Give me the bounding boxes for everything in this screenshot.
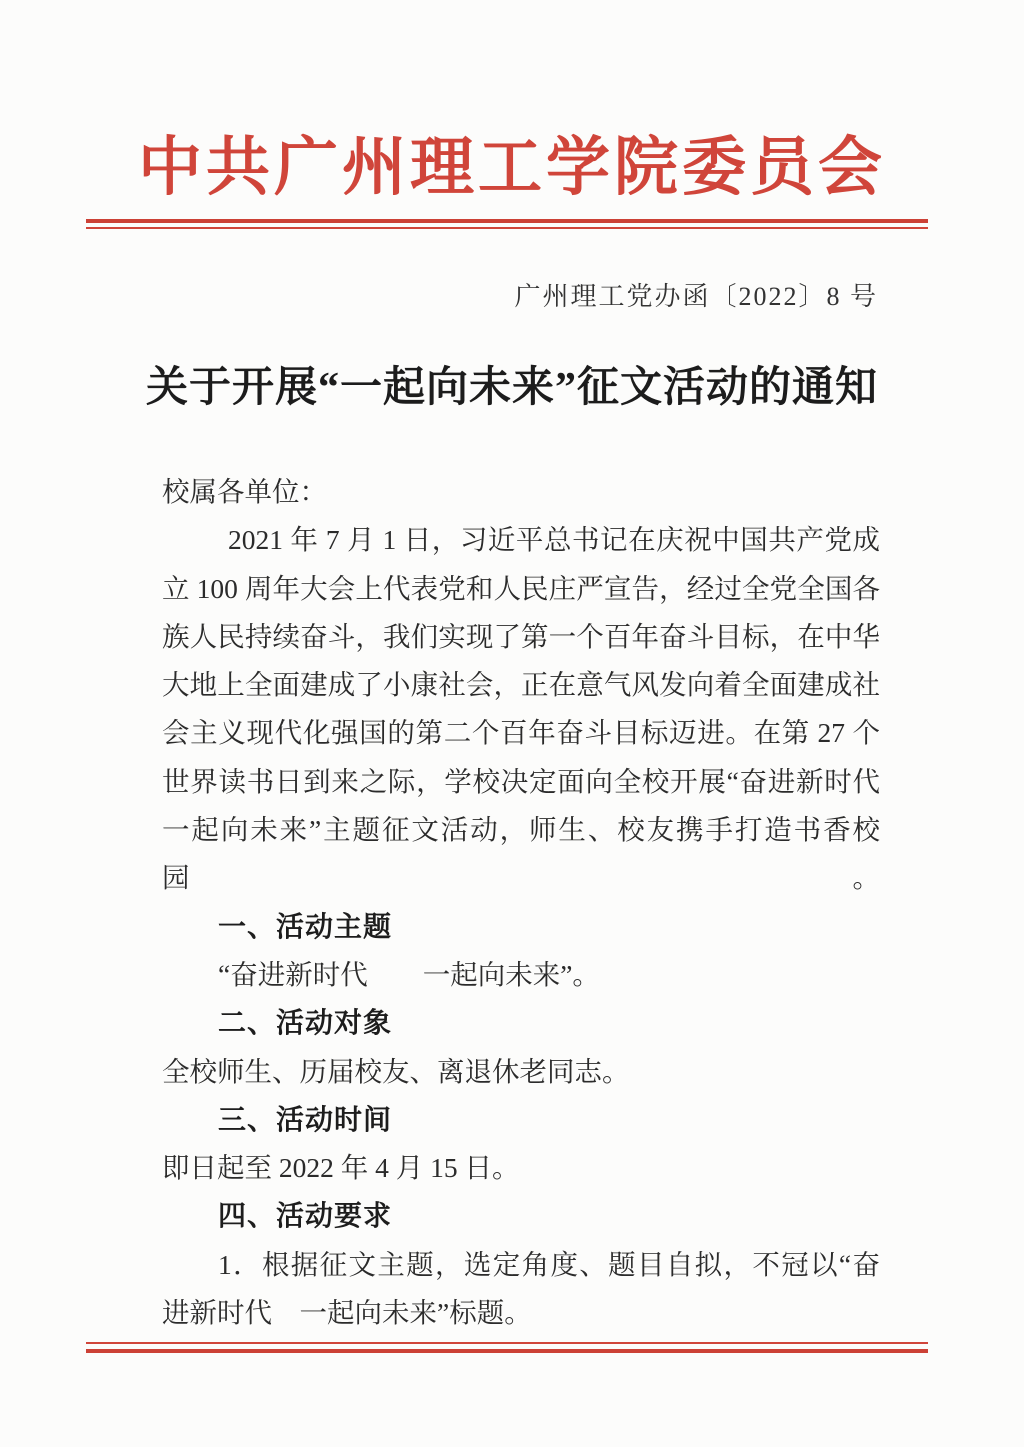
- body-line: 立 100 周年大会上代表党和人民庄严宣告，经过全党全国各: [162, 565, 880, 613]
- section-heading: 一、活动主题: [162, 903, 880, 951]
- body-line: 即日起至 2022 年 4 月 15 日。: [162, 1144, 880, 1192]
- rule-thin: [86, 1342, 928, 1344]
- body-line: 1．根据征文主题，选定角度、题目自拟，不冠以“奋: [162, 1241, 880, 1289]
- rule-thick: [86, 219, 928, 223]
- section-heading: 四、活动要求: [162, 1192, 880, 1240]
- body-line: 进新时代 一起向未来”标题。: [162, 1289, 880, 1337]
- footer-double-rule: [86, 1342, 928, 1353]
- rule-thin: [86, 227, 928, 229]
- body-line: 世界读书日到来之际，学校决定面向全校开展“奋进新时代: [162, 758, 880, 806]
- letterhead-org-title: 中共广州理工学院委员会: [0, 124, 1024, 212]
- body-line: 会主义现代化强国的第二个百年奋斗目标迈进。在第 27 个: [162, 709, 880, 757]
- body-line: 校属各单位：: [162, 468, 880, 516]
- document-title: 关于开展“一起向未来”征文活动的通知: [0, 354, 1024, 414]
- letterhead-double-rule: [86, 219, 928, 229]
- section-heading: 三、活动时间: [162, 1096, 880, 1144]
- body-line: 全校师生、历届校友、离退休老同志。: [162, 1048, 880, 1096]
- body-line: 一起向未来”主题征文活动，师生、校友携手打造书香校园。: [162, 806, 880, 903]
- body-line: 大地上全面建成了小康社会，正在意气风发向着全面建成社: [162, 661, 880, 709]
- section-heading: 二、活动对象: [162, 999, 880, 1047]
- body-line: “奋进新时代 一起向未来”。: [162, 951, 880, 999]
- document-number: 广州理工党办函〔2022〕8 号: [0, 276, 878, 313]
- document-body: 校属各单位：2021 年 7 月 1 日，习近平总书记在庆祝中国共产党成立 10…: [162, 468, 880, 1337]
- document-page: 中共广州理工学院委员会 广州理工党办函〔2022〕8 号 关于开展“一起向未来”…: [0, 0, 1024, 1447]
- body-line: 族人民持续奋斗，我们实现了第一个百年奋斗目标，在中华: [162, 613, 880, 661]
- body-line: 2021 年 7 月 1 日，习近平总书记在庆祝中国共产党成: [162, 516, 880, 564]
- rule-thick: [86, 1349, 928, 1353]
